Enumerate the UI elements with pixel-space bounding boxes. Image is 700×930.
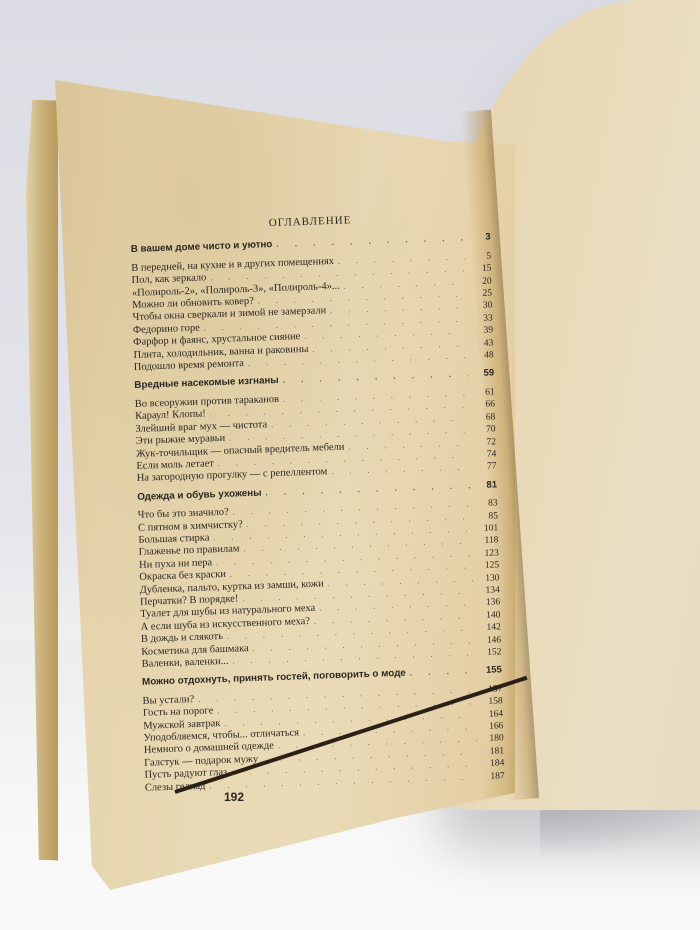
toc-section-3: Одежда и обувь ухожены81 Что бы это знач… bbox=[137, 479, 501, 671]
toc-section-1: В вашем доме чисто и уютно3 В передней, … bbox=[131, 232, 494, 375]
toc-section-4: Можно отдохнуть, принять гостей, поговор… bbox=[142, 665, 505, 795]
table-of-contents: ОГЛАВЛЕНИЕ В вашем доме чисто и уютно3 В… bbox=[130, 207, 505, 800]
toc-section-2: Вредные насекомые изгнаны59 Во всеоружии… bbox=[134, 368, 497, 486]
leader-dots bbox=[276, 233, 465, 252]
page-number: 192 bbox=[224, 790, 244, 804]
